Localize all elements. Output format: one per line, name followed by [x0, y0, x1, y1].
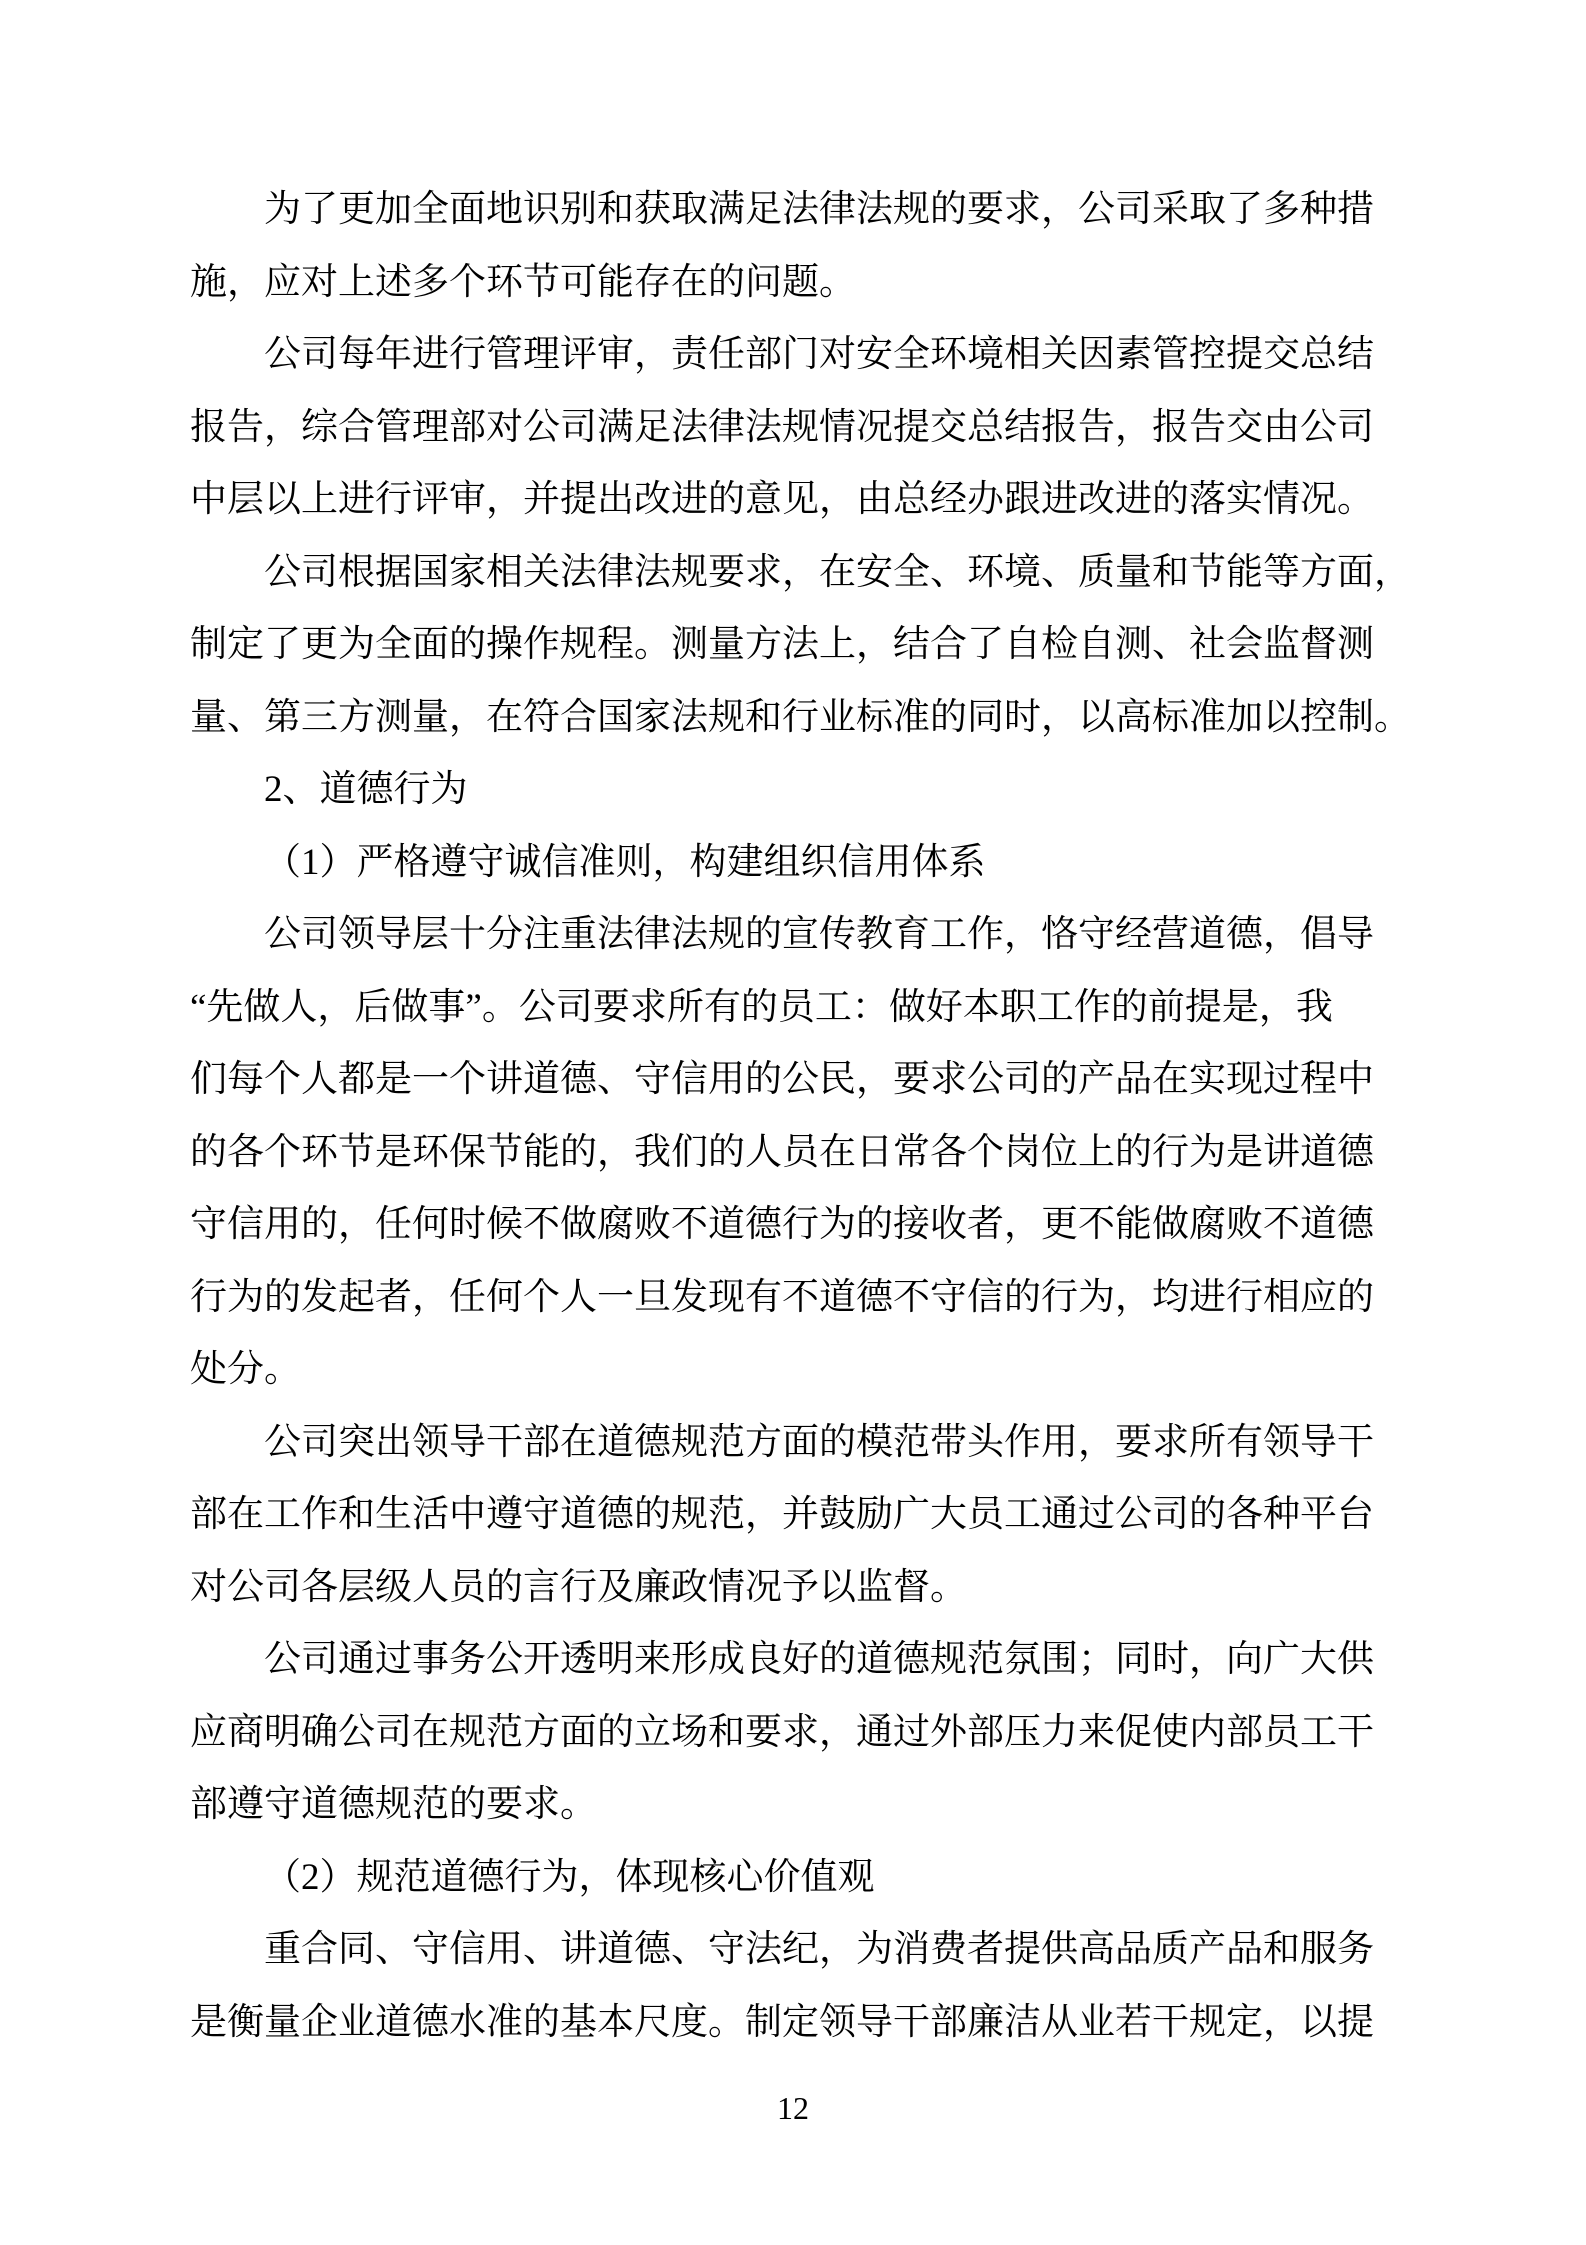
text-line: 公司领导层十分注重法律法规的宣传教育工作，恪守经营道德，倡导: [190, 899, 1470, 972]
text-line: 对公司各层级人员的言行及廉政情况予以监督。: [190, 1552, 1470, 1625]
text-line: 处分。: [190, 1334, 1470, 1407]
document-page: 为了更加全面地识别和获取满足法律法规的要求，公司采取了多种措施，应对上述多个环节…: [0, 0, 1586, 2245]
text-line: 行为的发起者，任何个人一旦发现有不道德不守信的行为，均进行相应的: [190, 1262, 1470, 1335]
text-line: 量、第三方测量，在符合国家法规和行业标准的同时，以高标准加以控制。: [190, 682, 1470, 755]
subheading-line: （2）规范道德行为，体现核心价值观: [190, 1842, 1470, 1915]
text-line: 重合同、守信用、讲道德、守法纪，为消费者提供高品质产品和服务: [190, 1914, 1470, 1987]
text-line: “先做人，后做事”。公司要求所有的员工：做好本职工作的前提是，我: [190, 972, 1470, 1045]
text-line: 应商明确公司在规范方面的立场和要求，通过外部压力来促使内部员工干: [190, 1697, 1470, 1770]
text-line: 公司根据国家相关法律法规要求，在安全、环境、质量和节能等方面，: [190, 537, 1470, 610]
text-line: 报告，综合管理部对公司满足法律法规情况提交总结报告，报告交由公司: [190, 392, 1470, 465]
text-line: 公司突出领导干部在道德规范方面的模范带头作用，要求所有领导干: [190, 1407, 1470, 1480]
text-line: 的各个环节是环保节能的，我们的人员在日常各个岗位上的行为是讲道德: [190, 1117, 1470, 1190]
subheading-line: （1）严格遵守诚信准则，构建组织信用体系: [190, 827, 1470, 900]
text-block: 为了更加全面地识别和获取满足法律法规的要求，公司采取了多种措施，应对上述多个环节…: [190, 174, 1470, 2059]
page-number: 12: [0, 2088, 1586, 2128]
text-line: 制定了更为全面的操作规程。测量方法上，结合了自检自测、社会监督测: [190, 609, 1470, 682]
text-line: 部遵守道德规范的要求。: [190, 1769, 1470, 1842]
text-line: 是衡量企业道德水准的基本尺度。制定领导干部廉洁从业若干规定，以提: [190, 1987, 1470, 2060]
text-line: 部在工作和生活中遵守道德的规范，并鼓励广大员工通过公司的各种平台: [190, 1479, 1470, 1552]
text-line: 公司每年进行管理评审，责任部门对安全环境相关因素管控提交总结: [190, 319, 1470, 392]
heading-line: 2、道德行为: [190, 754, 1470, 827]
text-line: 施，应对上述多个环节可能存在的问题。: [190, 247, 1470, 320]
text-line: 公司通过事务公开透明来形成良好的道德规范氛围；同时，向广大供: [190, 1624, 1470, 1697]
text-line: 们每个人都是一个讲道德、守信用的公民，要求公司的产品在实现过程中: [190, 1044, 1470, 1117]
text-line: 为了更加全面地识别和获取满足法律法规的要求，公司采取了多种措: [190, 174, 1470, 247]
text-line: 守信用的，任何时候不做腐败不道德行为的接收者，更不能做腐败不道德: [190, 1189, 1470, 1262]
text-line: 中层以上进行评审，并提出改进的意见，由总经办跟进改进的落实情况。: [190, 464, 1470, 537]
